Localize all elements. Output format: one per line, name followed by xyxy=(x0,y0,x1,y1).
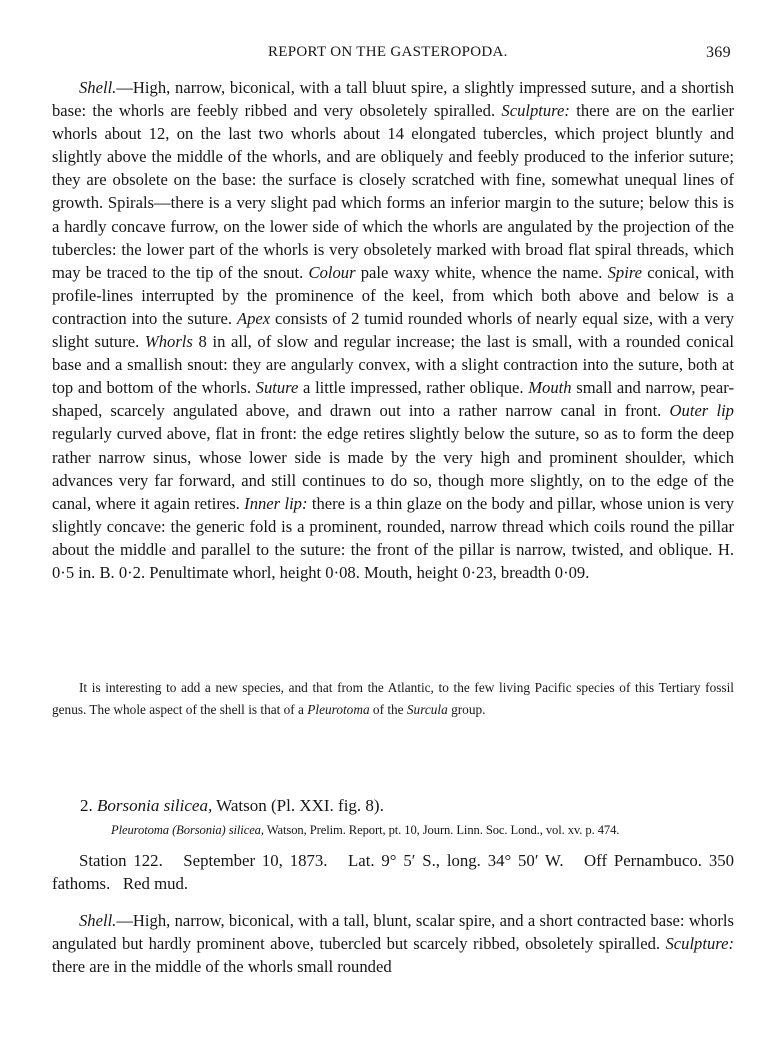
synonym-subgenus: (Borsonia) xyxy=(172,823,226,837)
synonym-citation: Watson, Prelim. Report, pt. 10, Journ. L… xyxy=(264,823,619,837)
italic-term: Apex xyxy=(237,309,270,328)
italic-term: Surcula xyxy=(407,702,448,717)
description-paragraph-2: Shell.—High, narrow, biconical, with a t… xyxy=(52,909,734,978)
italic-term: Suture xyxy=(256,378,299,397)
italic-term: Spire xyxy=(608,263,642,282)
remark-paragraph: It is interesting to add a new species, … xyxy=(52,677,734,720)
italic-term: Whorls xyxy=(145,332,193,351)
text-run: there are on the earlier whorls about 12… xyxy=(52,101,734,282)
text-run: a little impressed, rather oblique. xyxy=(298,378,528,397)
text-run: group. xyxy=(448,702,486,717)
species-number: 2. xyxy=(80,796,97,815)
text-run: there are in the middle of the whorls sm… xyxy=(52,957,392,976)
italic-term: Mouth xyxy=(528,378,571,397)
italic-term: Shell. xyxy=(79,78,116,97)
italic-term: Pleurotoma xyxy=(307,702,369,717)
text-run: of the xyxy=(370,702,407,717)
running-head: REPORT ON THE GASTEROPODA. 369 xyxy=(0,44,776,66)
species-heading: 2. Borsonia silicea, Watson (Pl. XXI. fi… xyxy=(80,796,384,816)
station-text: Station 122. September 10, 1873. Lat. 9°… xyxy=(52,851,738,893)
species-authority: Watson (Pl. XXI. fig. 8). xyxy=(212,796,384,815)
species-name: Borsonia silicea, xyxy=(97,796,212,815)
italic-term: Shell. xyxy=(79,911,116,930)
text-run: —High, narrow, biconical, with a tall, b… xyxy=(52,911,734,953)
synonym-species: silicea, xyxy=(229,823,264,837)
description-paragraph-1: Shell.—High, narrow, biconical, with a t… xyxy=(52,76,734,584)
synonymy-line: Pleurotoma (Borsonia) silicea, Watson, P… xyxy=(111,823,619,838)
italic-term: Sculpture: xyxy=(665,934,734,953)
running-title: REPORT ON THE GASTEROPODA. xyxy=(268,44,508,61)
synonym-genus: Pleurotoma xyxy=(111,823,169,837)
document-page: REPORT ON THE GASTEROPODA. 369 Shell.—Hi… xyxy=(0,0,776,1050)
italic-term: Colour xyxy=(309,263,356,282)
page-number: 369 xyxy=(706,44,731,62)
italic-term: Inner lip: xyxy=(244,494,307,513)
italic-term: Outer lip xyxy=(670,401,734,420)
station-paragraph: Station 122. September 10, 1873. Lat. 9°… xyxy=(52,849,734,895)
text-run: pale waxy white, whence the name. xyxy=(356,263,608,282)
italic-term: Sculpture: xyxy=(501,101,570,120)
